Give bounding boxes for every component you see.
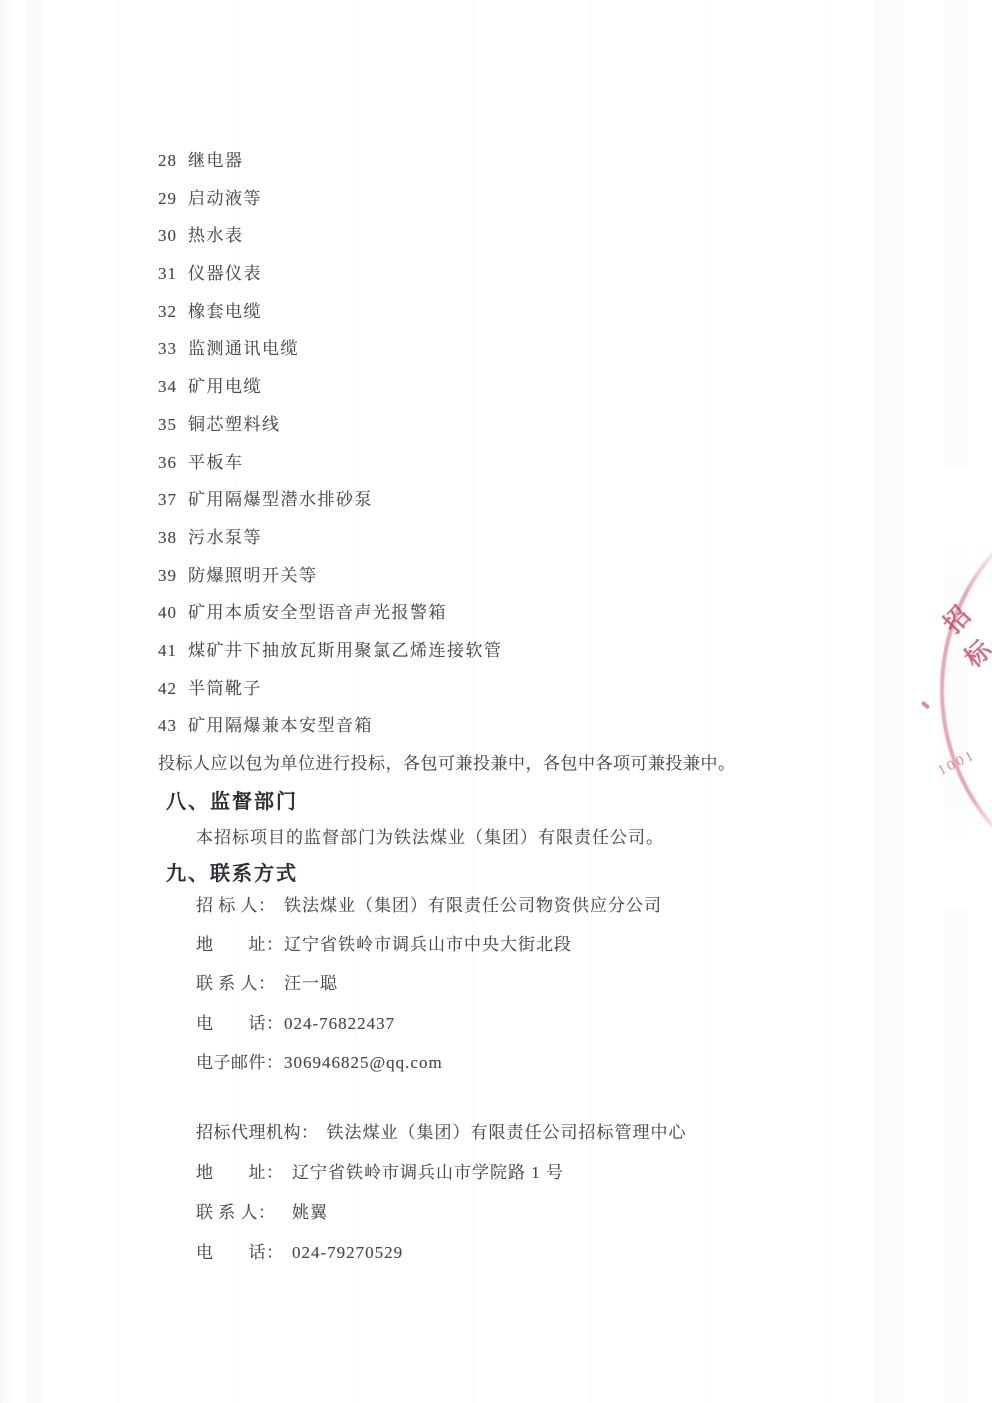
contact-label: 地 址：: [196, 1163, 284, 1183]
list-item-number: 40: [158, 603, 188, 640]
list-item: 29 启动液等: [158, 188, 848, 226]
list-item-text: 铜芯塑料线: [188, 415, 281, 452]
list-item-text: 监测通讯电缆: [188, 339, 299, 376]
list-item-text: 防爆照明开关等: [188, 566, 318, 603]
contact-value: 姚翼: [284, 1203, 328, 1222]
list-item-text: 启动液等: [188, 189, 262, 226]
list-item-text: 半筒靴子: [188, 679, 262, 716]
contact-row-address: 地 址：辽宁省铁岭市调兵山市学院路 1 号: [196, 1161, 848, 1201]
list-item-number: 42: [158, 679, 188, 716]
list-item-number: 35: [158, 415, 188, 452]
contact-label: 招标代理机构：: [196, 1123, 319, 1143]
contact-label: 电 话：: [196, 1014, 284, 1034]
contact-row-address: 地 址：辽宁省铁岭市调兵山市中央大街北段: [196, 933, 848, 972]
contact-row-agency: 招标代理机构：铁法煤业（集团）有限责任公司招标管理中心: [196, 1121, 848, 1161]
list-item-number: 38: [158, 528, 188, 565]
section-heading-supervision: 八、监督部门: [158, 788, 848, 822]
list-item-number: 29: [158, 189, 188, 226]
contact-row-person: 联 系 人：姚翼: [196, 1201, 848, 1241]
list-item-number: 33: [158, 339, 188, 376]
list-item-text: 煤矿井下抽放瓦斯用聚氯乙烯连接软管: [188, 641, 503, 678]
list-item-number: 34: [158, 377, 188, 414]
document-page: 28 继电器 29 启动液等 30 热水表 31 仪器仪表 32 橡套电缆 33…: [0, 0, 992, 1403]
list-item-text: 继电器: [188, 151, 244, 188]
seal-ink-speck: [921, 701, 930, 710]
list-item-number: 43: [158, 716, 188, 753]
list-item-number: 28: [158, 151, 188, 188]
list-item: 43 矿用隔爆兼本安型音箱: [158, 715, 848, 753]
contact-row-person: 联 系 人：汪一聪: [196, 972, 848, 1011]
scan-band: [946, 0, 968, 1403]
agency-contact-block: 招标代理机构：铁法煤业（集团）有限责任公司招标管理中心 地 址：辽宁省铁岭市调兵…: [158, 1121, 848, 1281]
list-item-number: 31: [158, 264, 188, 301]
contact-row-phone: 电 话：024-76822437: [196, 1012, 848, 1051]
list-item-text: 平板车: [188, 453, 244, 490]
list-item-number: 32: [158, 302, 188, 339]
list-item-text: 污水泵等: [188, 528, 262, 565]
contact-label: 招 标 人：: [196, 896, 284, 916]
scan-band: [26, 0, 42, 1403]
list-item: 38 污水泵等: [158, 527, 848, 565]
list-item-text: 橡套电缆: [188, 302, 262, 339]
list-item: 42 半筒靴子: [158, 678, 848, 716]
contact-value: 024-76822437: [284, 1014, 395, 1033]
list-item-number: 30: [158, 226, 188, 263]
list-item: 39 防爆照明开关等: [158, 565, 848, 603]
contact-row-email: 电子邮件：306946825@qq.com: [196, 1051, 848, 1090]
list-item-text: 矿用电缆: [188, 377, 262, 414]
seal-ring-character: 招: [940, 603, 975, 638]
contact-label: 联 系 人：: [196, 1203, 284, 1223]
contact-label: 电 话：: [196, 1243, 284, 1263]
list-item: 32 橡套电缆: [158, 301, 848, 339]
contact-label: 电子邮件：: [196, 1053, 284, 1073]
list-item-text: 矿用隔爆兼本安型音箱: [188, 716, 373, 753]
list-item-number: 37: [158, 490, 188, 527]
list-item: 30 热水表: [158, 225, 848, 263]
contact-label: 地 址：: [196, 935, 284, 955]
contact-value: 铁法煤业（集团）有限责任公司物资供应分公司: [284, 896, 662, 915]
list-item: 35 铜芯塑料线: [158, 414, 848, 452]
list-item: 33 监测通讯电缆: [158, 338, 848, 376]
seal-ring-character: 标: [961, 637, 992, 672]
scan-band: [874, 0, 904, 1403]
list-item: 34 矿用电缆: [158, 376, 848, 414]
list-item-number: 41: [158, 641, 188, 678]
seal-fade: [930, 798, 992, 908]
contact-value: 辽宁省铁岭市调兵山市中央大街北段: [284, 935, 572, 954]
list-item-text: 矿用隔爆型潜水排砂泵: [188, 490, 373, 527]
list-item-text: 矿用本质安全型语音声光报警箱: [188, 603, 447, 640]
contact-row-tenderer: 招 标 人：铁法煤业（集团）有限责任公司物资供应分公司: [196, 894, 848, 933]
contact-value: 024-79270529: [284, 1243, 403, 1262]
list-item: 31 仪器仪表: [158, 263, 848, 301]
contact-value: 辽宁省铁岭市调兵山市学院路 1 号: [284, 1163, 564, 1182]
seal-serial-number: 1001: [936, 748, 979, 779]
list-item-number: 39: [158, 566, 188, 603]
list-item: 28 继电器: [158, 150, 848, 188]
list-item-number: 36: [158, 453, 188, 490]
contact-value: 铁法煤业（集团）有限责任公司招标管理中心: [319, 1123, 687, 1142]
contact-value: 汪一聪: [284, 974, 338, 993]
contact-value: 306946825@qq.com: [284, 1053, 443, 1072]
section-heading-contact: 九、联系方式: [158, 860, 848, 894]
tenderer-contact-block: 招 标 人：铁法煤业（集团）有限责任公司物资供应分公司 地 址：辽宁省铁岭市调兵…: [158, 894, 848, 1090]
contact-label: 联 系 人：: [196, 974, 284, 994]
document-content: 28 继电器 29 启动液等 30 热水表 31 仪器仪表 32 橡套电缆 33…: [158, 150, 848, 1281]
list-item: 41 煤矿井下抽放瓦斯用聚氯乙烯连接软管: [158, 640, 848, 678]
seal-fade: [930, 468, 992, 593]
supervision-body: 本招标项目的监督部门为铁法煤业（集团）有限责任公司。: [158, 822, 848, 860]
list-item: 36 平板车: [158, 452, 848, 490]
contact-row-phone: 电 话：024-79270529: [196, 1241, 848, 1281]
bid-note: 投标人应以包为单位进行投标，各包可兼投兼中，各包中各项可兼投兼中。: [158, 753, 848, 788]
seal-ring-circle: [940, 480, 992, 900]
list-item-text: 热水表: [188, 226, 244, 263]
list-item: 37 矿用隔爆型潜水排砂泵: [158, 489, 848, 527]
list-item-text: 仪器仪表: [188, 264, 262, 301]
list-item: 40 矿用本质安全型语音声光报警箱: [158, 602, 848, 640]
